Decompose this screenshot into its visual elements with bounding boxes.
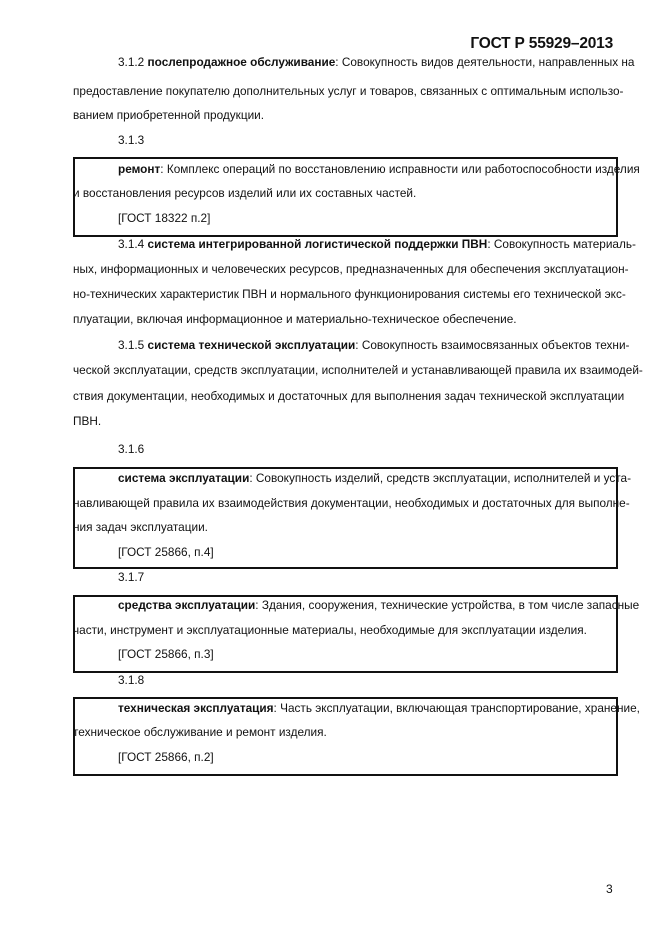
term-title: техническая эксплуатация: [118, 701, 274, 715]
term-3-1-8-line-2: техническое обслуживание и ремонт издели…: [73, 725, 614, 739]
term-3-1-3-line-1: ремонт: Комплекс операций по восстановле…: [73, 162, 614, 176]
term-title: система интегрированной логистической по…: [148, 237, 488, 251]
term-number: 3.1.6: [73, 442, 614, 456]
term-3-1-7-line-1: средства эксплуатации: Здания, сооружени…: [73, 598, 614, 612]
source-reference: [ГОСТ 25866, п.2]: [73, 750, 614, 764]
source-reference: [ГОСТ 18322 п.2]: [73, 211, 614, 225]
term-3-1-4-line-4: плуатации, включая информационное и мате…: [73, 312, 614, 326]
term-number: 3.1.3: [73, 133, 614, 147]
document-header: ГОСТ Р 55929–2013: [470, 35, 613, 53]
term-number: 3.1.7: [73, 570, 614, 584]
term-3-1-2-line-1: 3.1.2 послепродажное обслуживание: Совок…: [73, 55, 614, 69]
term-3-1-6-line-3: ния задач эксплуатации.: [73, 520, 614, 534]
term-3-1-5-line-2: ческой эксплуатации, средств эксплуатаци…: [73, 363, 614, 377]
term-number: 3.1.8: [73, 673, 614, 687]
term-title: система эксплуатации: [118, 471, 249, 485]
term-3-1-5-line-4: ПВН.: [73, 414, 614, 428]
term-title: ремонт: [118, 162, 160, 176]
term-title: система технической эксплуатации: [148, 338, 356, 352]
term-3-1-4-line-2: ных, информационных и человеческих ресур…: [73, 262, 614, 276]
term-3-1-2-line-2: предоставление покупателю дополнительных…: [73, 84, 614, 98]
term-3-1-4-line-3: но-технических характеристик ПВН и норма…: [73, 287, 614, 301]
term-3-1-4-line-1: 3.1.4 система интегрированной логистичес…: [73, 237, 614, 251]
term-3-1-6-line-2: навливающей правила их взаимодействия до…: [73, 496, 614, 510]
source-reference: [ГОСТ 25866, п.3]: [73, 647, 614, 661]
term-3-1-5-line-1: 3.1.5 система технической эксплуатации: …: [73, 338, 614, 352]
page-number: 3: [606, 882, 613, 896]
term-3-1-7-line-2: части, инструмент и эксплуатационные мат…: [73, 623, 614, 637]
term-3-1-3-line-2: и восстановления ресурсов изделий или их…: [73, 186, 614, 200]
term-3-1-5-line-3: ствия документации, необходимых и достат…: [73, 389, 614, 403]
term-3-1-6-line-1: система эксплуатации: Совокупность издел…: [73, 471, 614, 485]
term-3-1-8-line-1: техническая эксплуатация: Часть эксплуат…: [73, 701, 614, 715]
term-title: послепродажное обслуживание: [148, 55, 336, 69]
term-3-1-2-line-3: ванием приобретенной продукции.: [73, 108, 614, 122]
source-reference: [ГОСТ 25866, п.4]: [73, 545, 614, 559]
term-title: средства эксплуатации: [118, 598, 255, 612]
